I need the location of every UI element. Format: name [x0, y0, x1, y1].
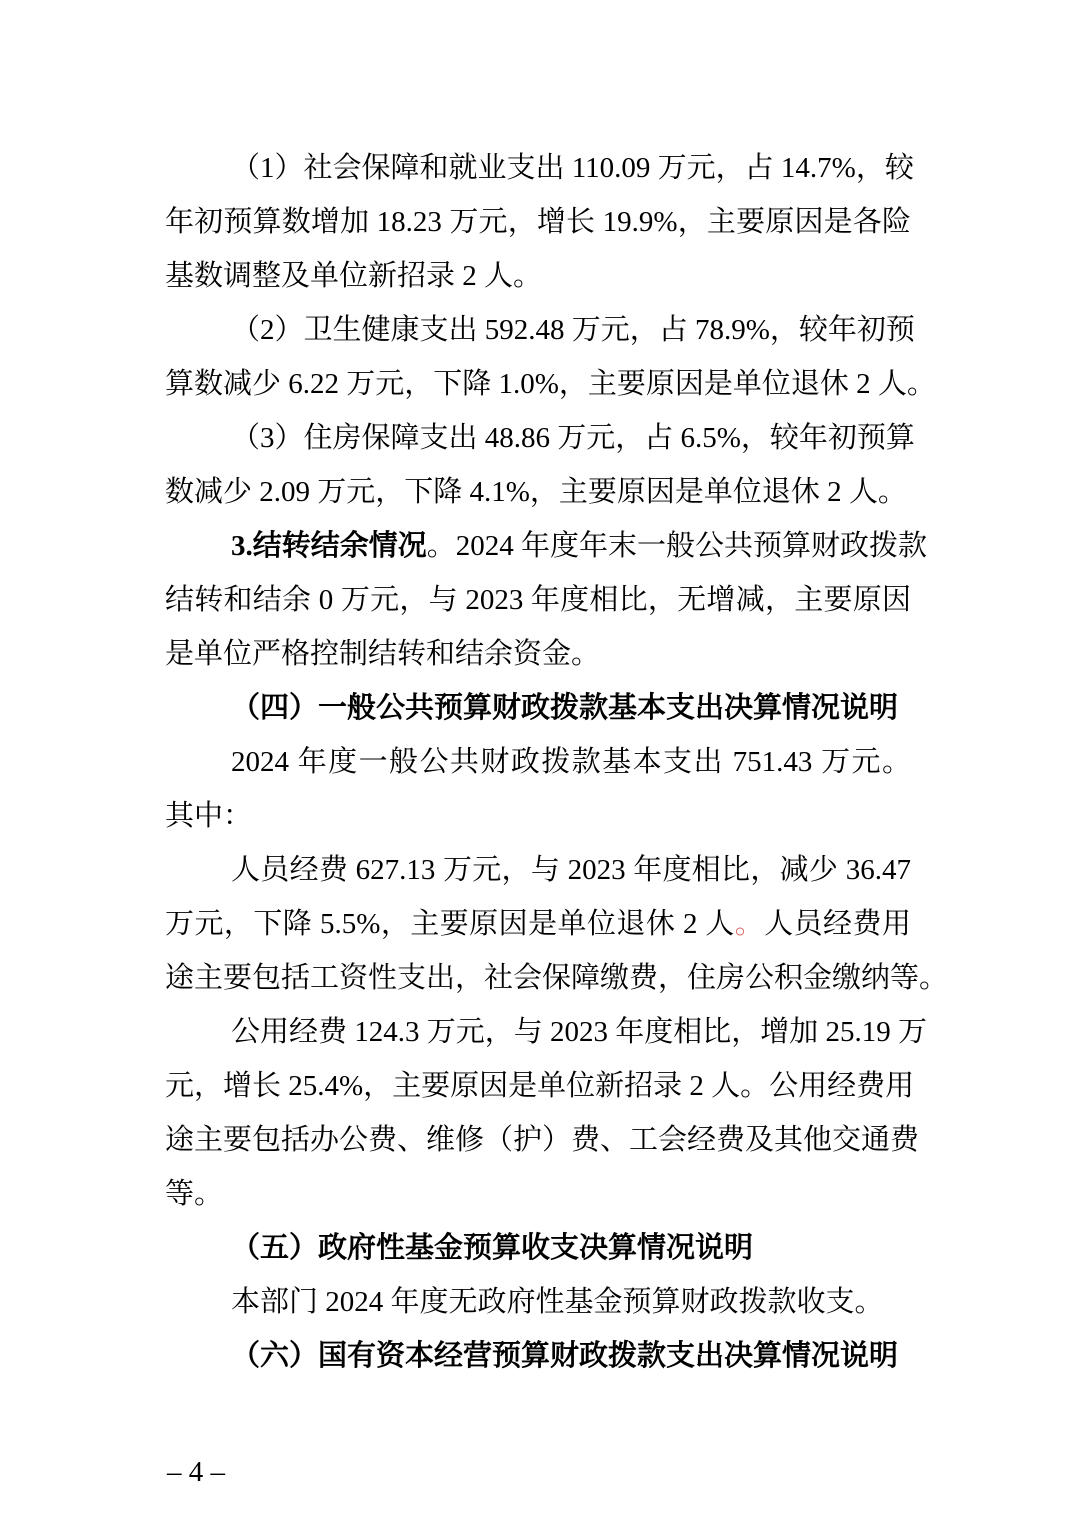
para-item-1-social-security-employment: （1）社会保障和就业支出 110.09 万元，占 14.7%，较 年初预算数增加…: [165, 141, 911, 303]
heading-6-state-capital-budget: （六）国有资本经营预算财政拨款支出决算情况说明: [165, 1329, 911, 1383]
para-public-expenses: 公用经费 124.3 万元，与 2023 年度相比，增加 25.19 万 元，增…: [165, 1005, 911, 1221]
heading-5-govt-fund-budget: （五）政府性基金预算收支决算情况说明: [165, 1221, 911, 1275]
text-line: 途主要包括办公费、维修（护）费、工会经费及其他交通费: [165, 1113, 911, 1167]
text-line: 万元，下降 5.5%，主要原因是单位退休 2 人。人员经费用: [165, 897, 911, 951]
document-text: （1）社会保障和就业支出 110.09 万元，占 14.7%，较 年初预算数增加…: [165, 141, 911, 1383]
text-segment: 。2024 年度年末一般公共预算财政拨款: [427, 530, 927, 562]
section-heading: （四）一般公共预算财政拨款基本支出决算情况说明: [165, 681, 911, 735]
text-line: 结转和结余 0 万元，与 2023 年度相比，无增减，主要原因: [165, 573, 911, 627]
text-line: 算数减少 6.22 万元，下降 1.0%，主要原因是单位退休 2 人。: [165, 357, 911, 411]
para-item-3-housing: （3）住房保障支出 48.86 万元，占 6.5%，较年初预算 数减少 2.09…: [165, 411, 911, 519]
para-personnel-expenses: 人员经费 627.13 万元，与 2023 年度相比，减少 36.47 万元，下…: [165, 843, 911, 1005]
para-basic-expenditure-total: 2024 年度一般公共财政拨款基本支出 751.43 万元。 其中：: [165, 735, 911, 843]
red-period: 。: [735, 908, 764, 940]
text-line: 本部门 2024 年度无政府性基金预算财政拨款收支。: [165, 1275, 911, 1329]
text-line: 2024 年度一般公共财政拨款基本支出 751.43 万元。: [165, 735, 911, 789]
text-line: 人员经费 627.13 万元，与 2023 年度相比，减少 36.47: [165, 843, 911, 897]
heading-4-general-budget-basic-expenditure: （四）一般公共预算财政拨款基本支出决算情况说明: [165, 681, 911, 735]
text-line: 其中：: [165, 789, 911, 843]
text-line: 年初预算数增加 18.23 万元，增长 19.9%，主要原因是各险: [165, 195, 911, 249]
text-line: 3.结转结余情况。2024 年度年末一般公共预算财政拨款: [165, 519, 911, 573]
text-line: （2）卫生健康支出 592.48 万元，占 78.9%，较年初预: [165, 303, 911, 357]
section-heading: （五）政府性基金预算收支决算情况说明: [165, 1221, 911, 1275]
text-line: 基数调整及单位新招录 2 人。: [165, 249, 911, 303]
text-line: 公用经费 124.3 万元，与 2023 年度相比，增加 25.19 万: [165, 1005, 911, 1059]
text-line: 元，增长 25.4%，主要原因是单位新招录 2 人。公用经费用: [165, 1059, 911, 1113]
text-line: 等。: [165, 1167, 911, 1221]
document-page: （1）社会保障和就业支出 110.09 万元，占 14.7%，较 年初预算数增加…: [0, 0, 1069, 1515]
para-no-govt-fund: 本部门 2024 年度无政府性基金预算财政拨款收支。: [165, 1275, 911, 1329]
section-heading: （六）国有资本经营预算财政拨款支出决算情况说明: [165, 1329, 911, 1383]
text-line: 是单位严格控制结转和结余资金。: [165, 627, 911, 681]
para-item-2-health: （2）卫生健康支出 592.48 万元，占 78.9%，较年初预 算数减少 6.…: [165, 303, 911, 411]
para-carryover-balance: 3.结转结余情况。2024 年度年末一般公共预算财政拨款 结转和结余 0 万元，…: [165, 519, 911, 681]
text-line: 数减少 2.09 万元，下降 4.1%，主要原因是单位退休 2 人。: [165, 465, 911, 519]
text-line: （1）社会保障和就业支出 110.09 万元，占 14.7%，较: [165, 141, 911, 195]
text-line: （3）住房保障支出 48.86 万元，占 6.5%，较年初预算: [165, 411, 911, 465]
text-segment: 人员经费用: [764, 908, 911, 940]
text-line: 途主要包括工资性支出，社会保障缴费，住房公积金缴纳等。: [165, 951, 911, 1005]
text-segment: 万元，下降 5.5%，主要原因是单位退休 2 人: [165, 908, 735, 940]
carryover-bold-lead: 3.结转结余情况: [231, 530, 427, 562]
page-number: – 4 –: [167, 1452, 225, 1492]
